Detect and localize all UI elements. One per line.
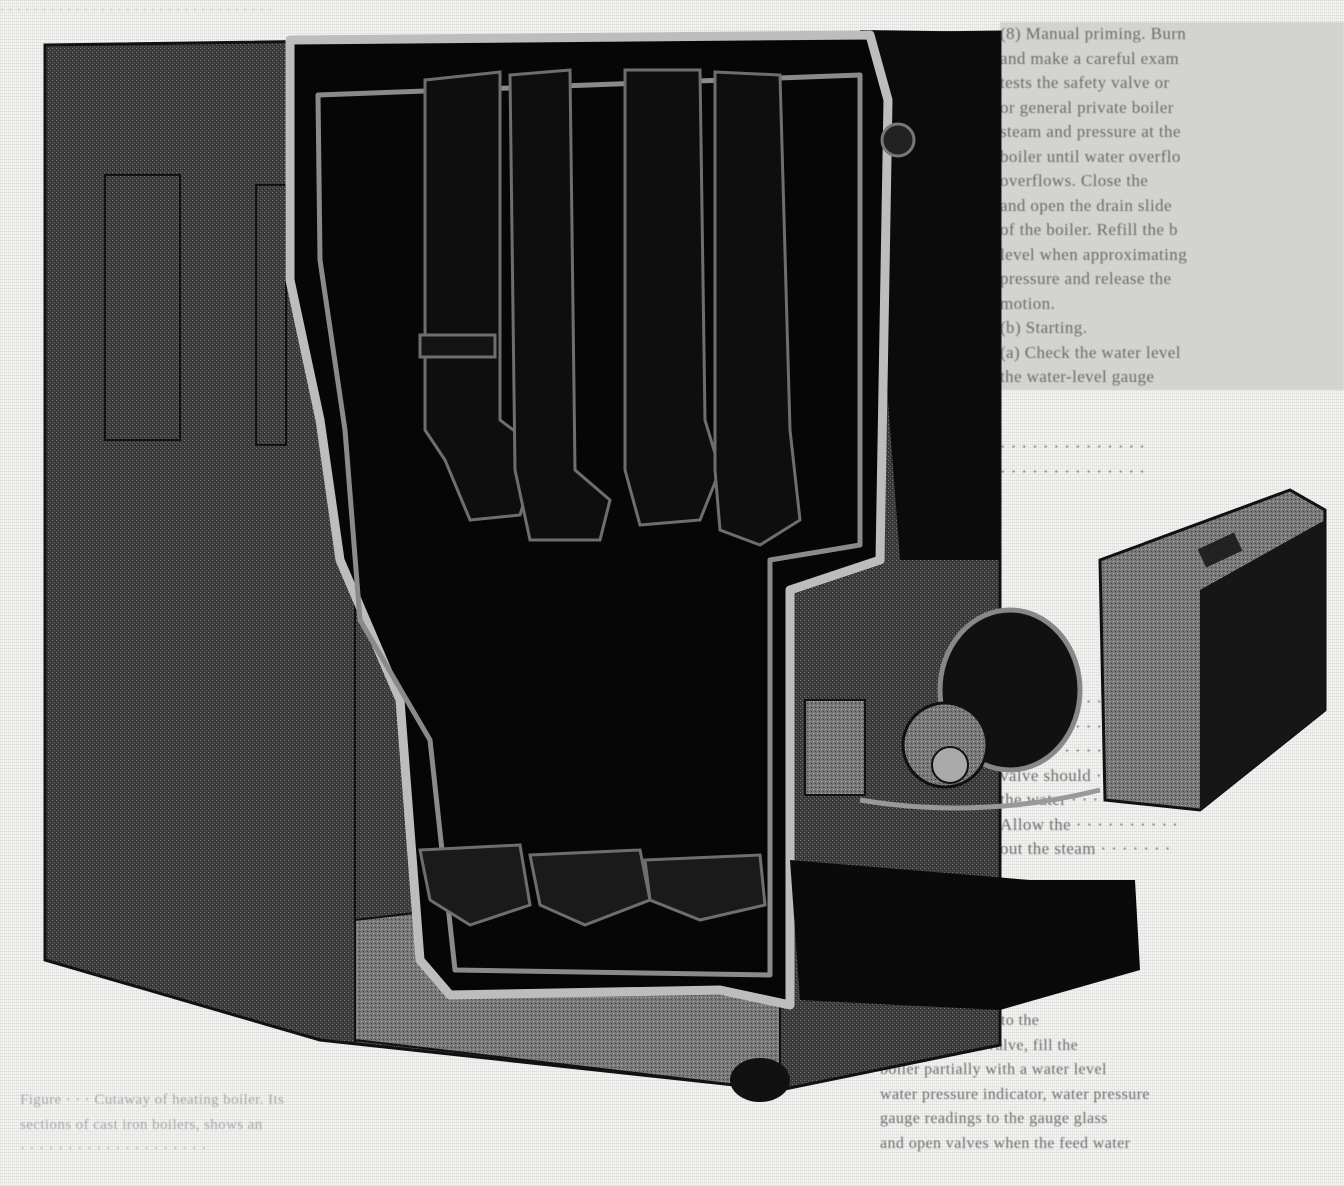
fuel-pump [805, 700, 865, 795]
boiler-foot [730, 1058, 790, 1102]
valve-knob [882, 124, 914, 156]
boiler-cutaway-illustration [0, 0, 1344, 1186]
